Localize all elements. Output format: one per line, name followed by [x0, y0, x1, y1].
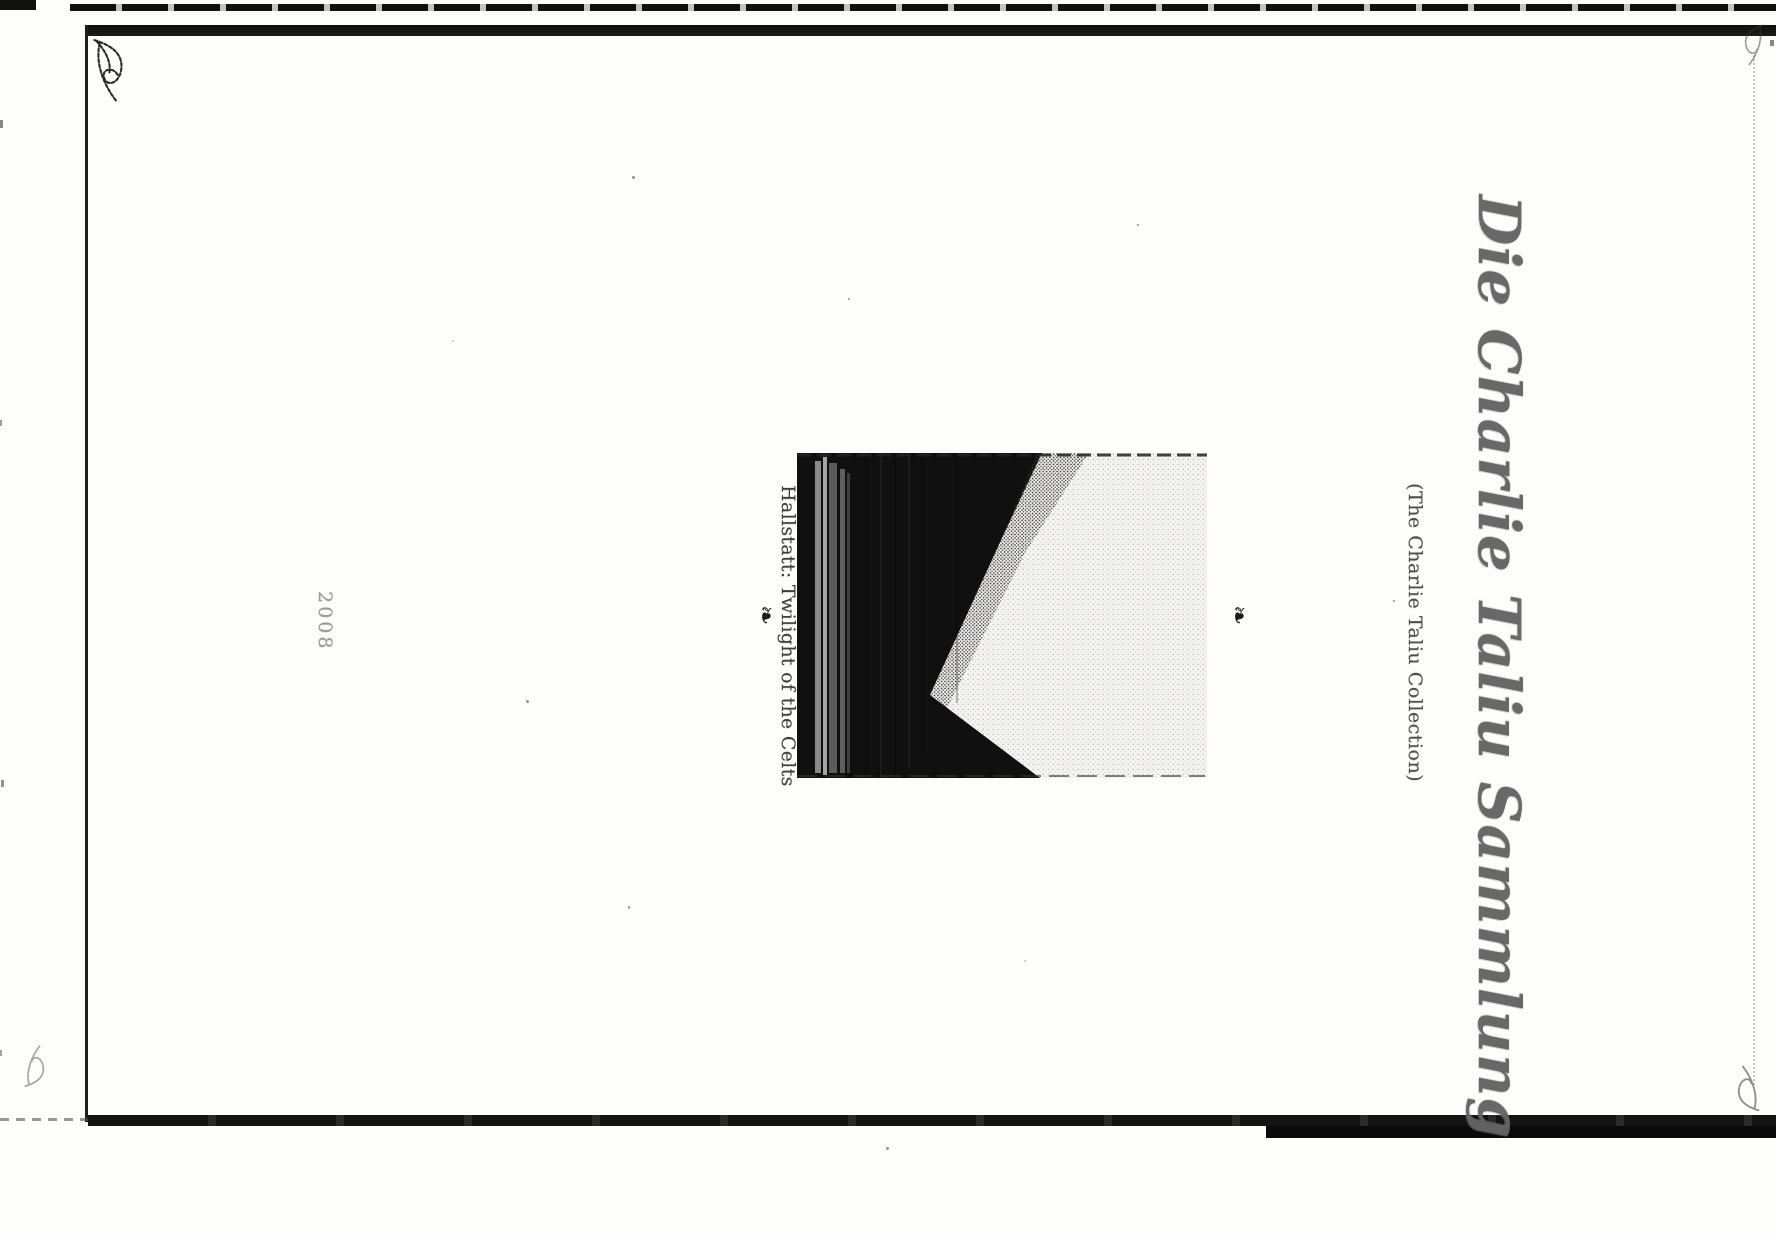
- scan-speck: [848, 298, 850, 300]
- scan-edge-artifact: [0, 420, 2, 426]
- leaf-ornament-icon: ❧: [1226, 601, 1252, 629]
- right-border-dotted-line: [1753, 55, 1755, 1085]
- scan-edge-artifact: [1770, 40, 1774, 46]
- corner-flourish-icon: [92, 38, 156, 112]
- leaf-ornament-icon: ❧: [753, 601, 779, 629]
- corner-flourish-icon: [1722, 24, 1766, 72]
- year-label: 2008: [312, 591, 338, 645]
- hallstatt-photo: [797, 453, 1207, 778]
- scan-edge-artifact: [0, 0, 36, 10]
- scan-speck: [628, 906, 630, 909]
- left-border-rule: [85, 25, 88, 1122]
- scanned-page: Die Charlie Taliu Sammlung (The Charlie …: [0, 0, 1776, 1241]
- page-title: Die Charlie Taliu Sammlung: [1445, 195, 1552, 955]
- scan-speck: [1393, 600, 1395, 602]
- top-border-bar: [88, 25, 1776, 36]
- scan-speck: [1024, 960, 1026, 962]
- scan-speck: [886, 1147, 889, 1150]
- corner-flourish-icon: [1714, 1058, 1760, 1112]
- scan-speck: [1137, 224, 1139, 226]
- scan-edge-artifact: [0, 1050, 2, 1056]
- scan-speck: [1520, 1002, 1522, 1004]
- scan-speck: [452, 340, 454, 342]
- corner-flourish-icon: [24, 1038, 66, 1088]
- page-subtitle: (The Charlie Taliu Collection): [1400, 483, 1430, 761]
- scan-edge-artifact: [0, 120, 3, 128]
- scan-edge-artifact: [1, 780, 4, 787]
- scan-speck: [632, 176, 635, 179]
- outer-top-border-line: [70, 4, 1776, 11]
- scan-speck: [526, 700, 529, 703]
- bottom-border-dashes: [0, 1118, 88, 1121]
